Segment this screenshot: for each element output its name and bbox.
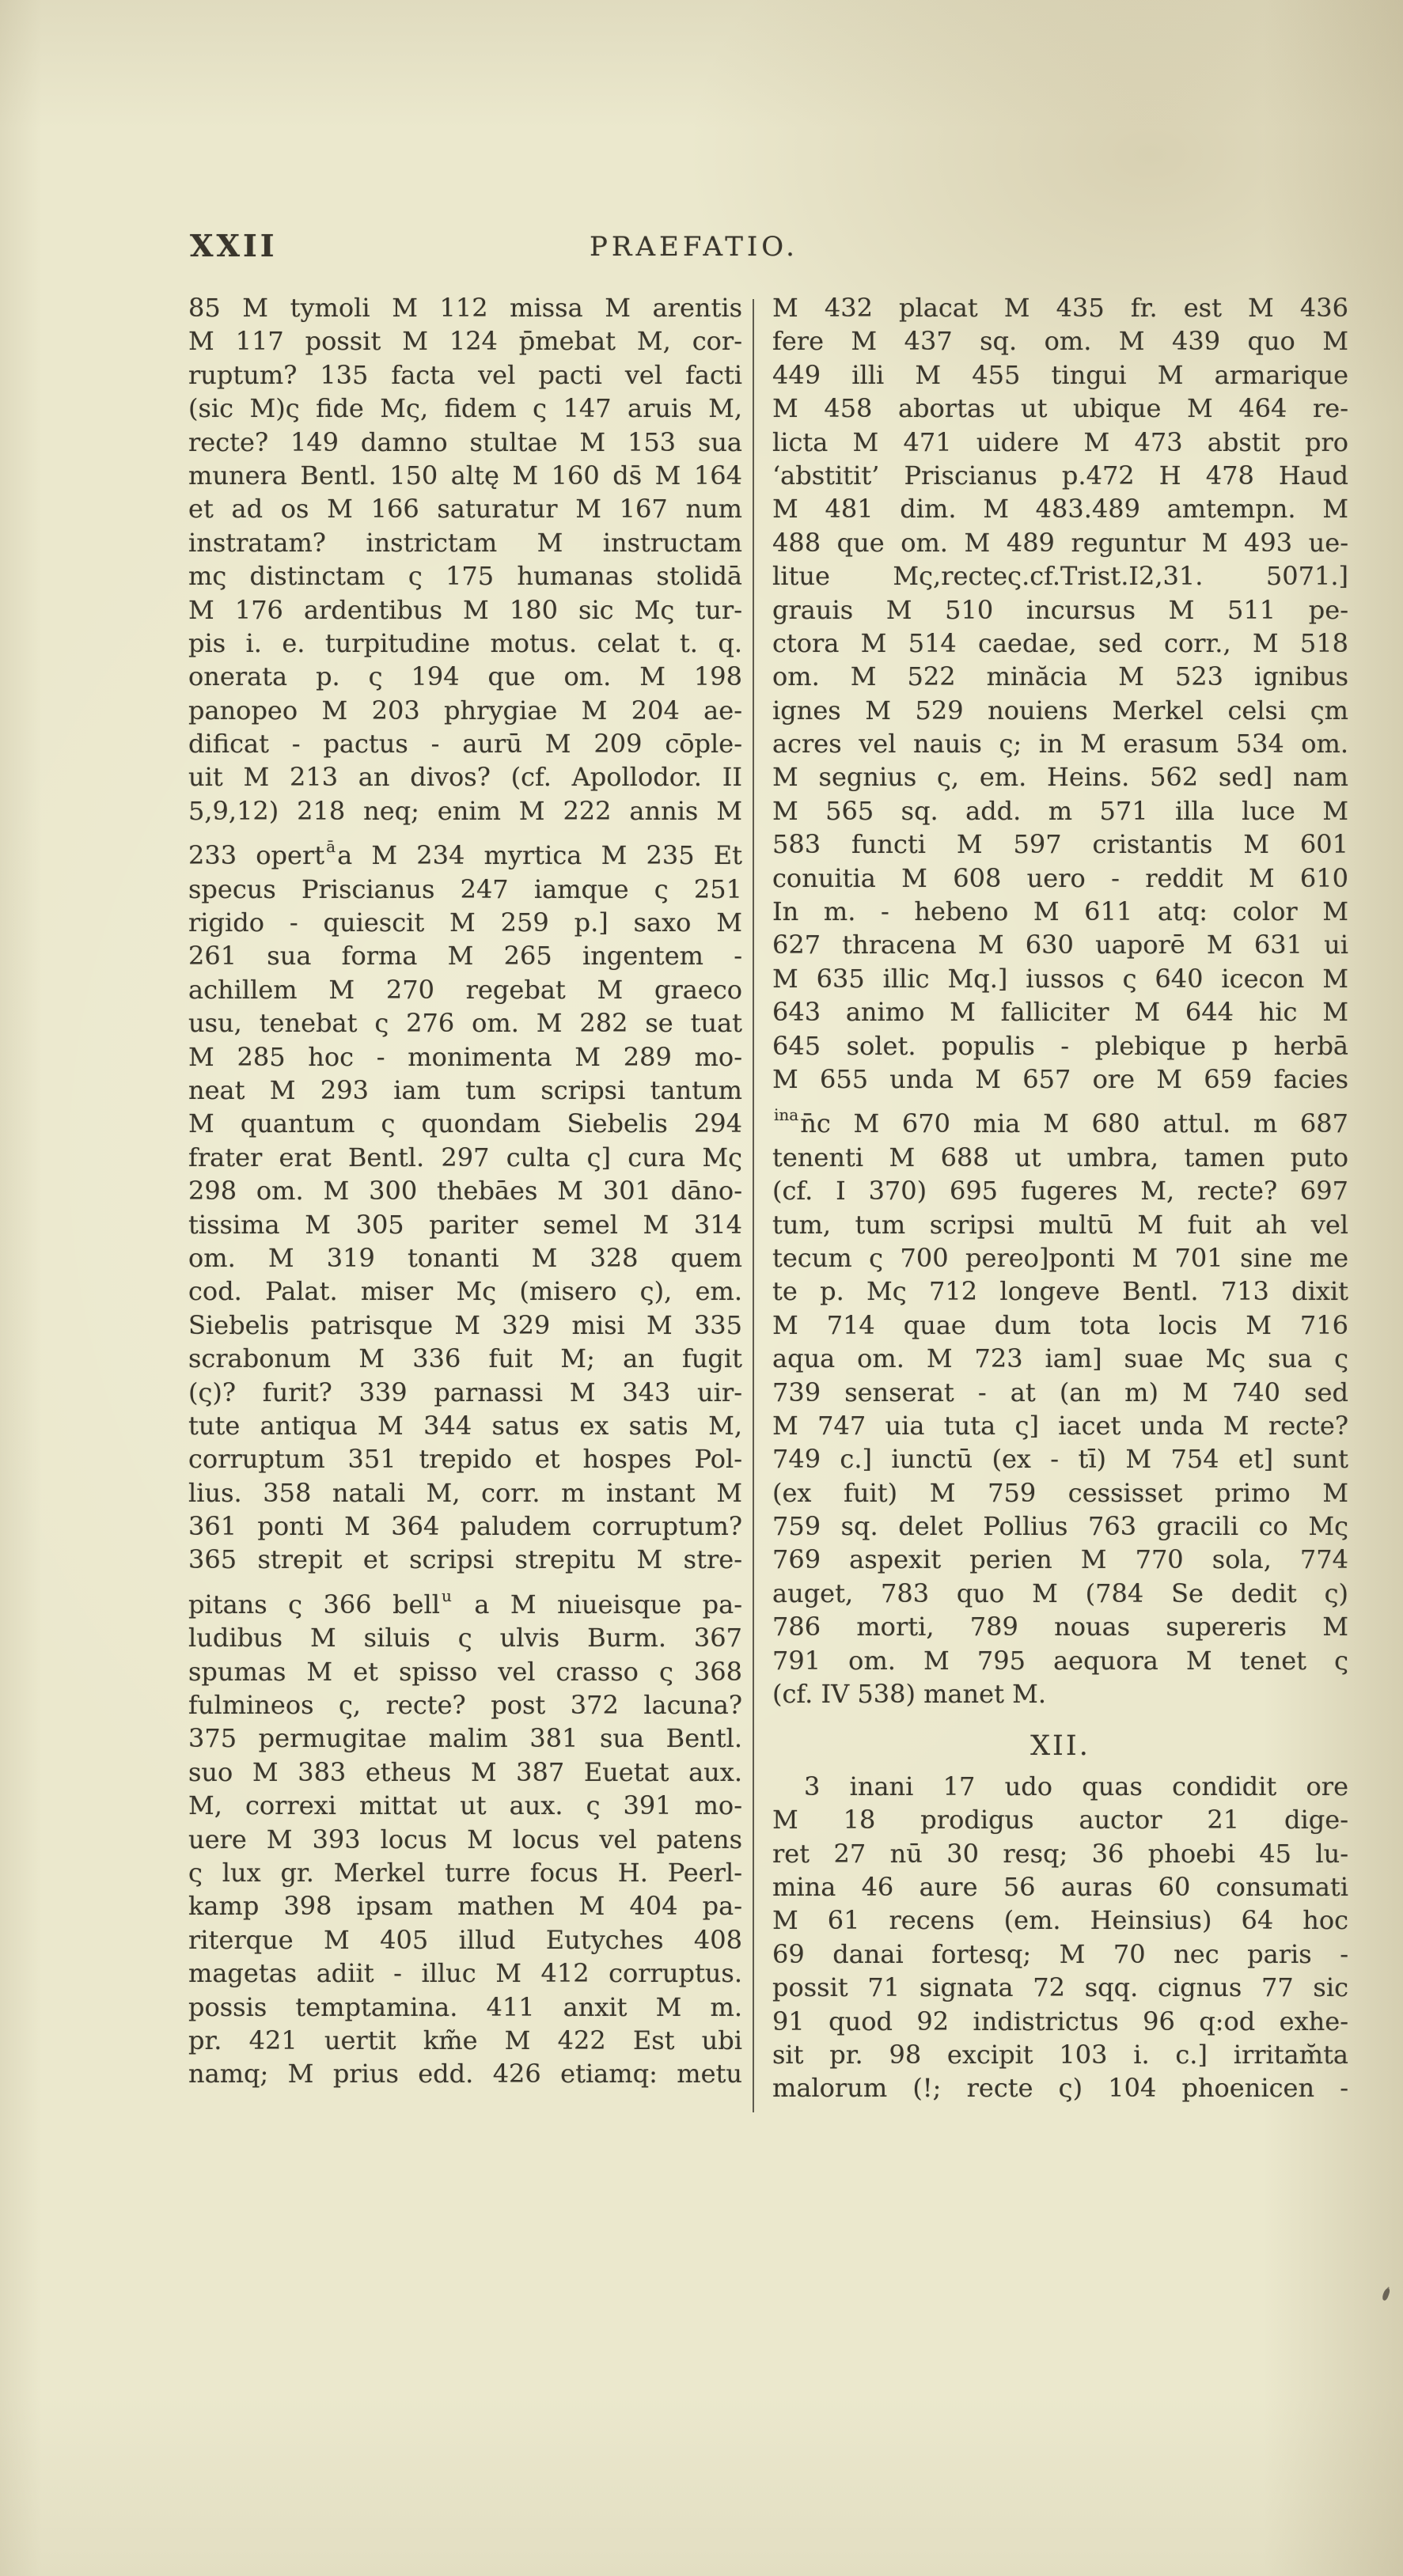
apparatus-text-line: 583 functi M 597 cristantis M 601 — [772, 828, 1348, 861]
apparatus-text-line: M 655 unda M 657 ore M 659 facies — [772, 1063, 1348, 1096]
apparatus-text-line: (sic M)ς fide Mς, fidem ς 147 aruis M, — [188, 392, 742, 425]
apparatus-text-line: rigido - quiescit M 259 p.] saxo M — [188, 906, 742, 939]
apparatus-text-line: corruptum 351 trepido et hospes Pol- — [188, 1442, 742, 1476]
apparatus-text-line: onerata p. ς 194 que om. M 198 — [188, 660, 742, 693]
apparatus-text-line: 85 M tymoli M 112 missa M arentis — [188, 291, 742, 324]
apparatus-text-line: M 747 uia tuta ς] iacet unda M recte? — [772, 1409, 1348, 1442]
apparatus-text-line: uit M 213 an divos? (cf. Apollodor. II — [188, 760, 742, 794]
apparatus-text-line: fulmineos ς, recte? post 372 lacuna? — [188, 1688, 742, 1722]
apparatus-text-line: ignes M 529 nouiens Merkel celsi ςm — [772, 694, 1348, 727]
apparatus-text-line: spumas M et spisso vel crasso ς 368 — [188, 1655, 742, 1688]
apparatus-text-line: M 285 hoc - monimenta M 289 mo- — [188, 1040, 742, 1074]
apparatus-text-line: om. M 522 minăcia M 523 ignibus — [772, 660, 1348, 693]
apparatus-text-line: namq; M prius edd. 426 etiamq: metu — [188, 2057, 742, 2090]
scanned-book-page: XXII PRAEFATIO. 85 M tymoli M 112 missa … — [0, 0, 1403, 2576]
apparatus-text-line: grauis M 510 incursus M 511 pe- — [772, 593, 1348, 627]
apparatus-text-line: tissima M 305 pariter semel M 314 — [188, 1208, 742, 1241]
right-text-column: M 432 placat M 435 fr. est M 436fere M 4… — [772, 291, 1348, 2105]
left-text-column: 85 M tymoli M 112 missa M arentisM 117 p… — [188, 291, 742, 2091]
apparatus-text-line: conuitia M 608 uero - reddit M 610 — [772, 862, 1348, 895]
apparatus-text-line: cod. Palat. miser Mς (misero ς), em. — [188, 1275, 742, 1308]
apparatus-text-line: specus Priscianus 247 iamque ς 251 — [188, 873, 742, 906]
apparatus-text-line: 759 sq. delet Pollius 763 gracili co Mς — [772, 1510, 1348, 1543]
apparatus-text-line: 645 solet. populis - plebique p herbā — [772, 1029, 1348, 1063]
apparatus-text-line: M 458 abortas ut ubique M 464 re- — [772, 392, 1348, 425]
apparatus-text-line: In m. - hebeno M 611 atq: color M — [772, 895, 1348, 928]
apparatus-text-line: ret 27 nū 30 resq; 36 phoebi 45 lu- — [772, 1837, 1348, 1870]
apparatus-text-line: 739 senserat - at (an m) M 740 sed — [772, 1376, 1348, 1409]
apparatus-text-line: pitans ς 366 bellu a M niueisque pa- — [188, 1588, 742, 1621]
apparatus-text-line: M, correxi mittat ut aux. ς 391 mo- — [188, 1789, 742, 1822]
apparatus-text-line: Siebelis patrisque M 329 misi M 335 — [188, 1309, 742, 1342]
apparatus-text-line: 488 que om. M 489 reguntur M 493 ue- — [772, 526, 1348, 559]
apparatus-text-line: 361 ponti M 364 paludem corruptum? — [188, 1510, 742, 1543]
apparatus-text-line: tute antiqua M 344 satus ex satis M, — [188, 1409, 742, 1442]
apparatus-text-line: panopeo M 203 phrygiae M 204 ae- — [188, 694, 742, 727]
running-head-title: PRAEFATIO. — [590, 231, 798, 263]
apparatus-text-line: 643 animo M falliciter M 644 hic M — [772, 995, 1348, 1029]
apparatus-text-line: 786 morti, 789 nouas supereris M — [772, 1610, 1348, 1643]
apparatus-text-line: ς lux gr. Merkel turre focus H. Peerl- — [188, 1856, 742, 1889]
apparatus-text-line: 233 opertāa M 234 myrtica M 235 Et — [188, 839, 742, 872]
apparatus-text-line: M 61 recens (em. Heinsius) 64 hoc — [772, 1904, 1348, 1937]
apparatus-text-line: instratam? instrictam M instructam — [188, 526, 742, 559]
apparatus-text-line: 791 om. M 795 aequora M tenet ς — [772, 1644, 1348, 1677]
apparatus-text-line: M quantum ς quondam Siebelis 294 — [188, 1107, 742, 1140]
section-heading: XII. — [772, 1729, 1348, 1763]
apparatus-text-line: dificat - pactus - aurū M 209 cōple- — [188, 727, 742, 760]
apparatus-text-line: achillem M 270 regebat M graeco — [188, 973, 742, 1006]
apparatus-text-line: et ad os M 166 saturatur M 167 num — [188, 492, 742, 525]
apparatus-text-line: 5,9,12) 218 neq; enim M 222 annis M — [188, 794, 742, 828]
apparatus-text-line: tenenti M 688 ut umbra, tamen puto — [772, 1141, 1348, 1174]
apparatus-text-line: M 714 quae dum tota locis M 716 — [772, 1309, 1348, 1342]
apparatus-text-line: 3 inani 17 udo quas condidit ore — [772, 1770, 1348, 1803]
apparatus-text-line: M 432 placat M 435 fr. est M 436 — [772, 291, 1348, 324]
apparatus-text-line: 375 permugitae malim 381 sua Bentl. — [188, 1722, 742, 1755]
apparatus-text-line: neat M 293 iam tum scripsi tantum — [188, 1074, 742, 1107]
apparatus-text-line: M 635 illic Mq.] iussos ς 640 icecon M — [772, 962, 1348, 995]
apparatus-text-line: lius. 358 natali M, corr. m instant M — [188, 1476, 742, 1510]
apparatus-text-line: inan̄c M 670 mia M 680 attul. m 687 — [772, 1107, 1348, 1140]
apparatus-text-line: aqua om. M 723 iam] suae Mς sua ς — [772, 1342, 1348, 1375]
apparatus-text-line: suo M 383 etheus M 387 Euetat aux. — [188, 1756, 742, 1789]
apparatus-text-line: te p. Mς 712 longeve Bentl. 713 dixit — [772, 1275, 1348, 1308]
apparatus-text-line: sit pr. 98 excipit 103 i. c.] irritam̆ta — [772, 2038, 1348, 2071]
apparatus-text-line: mina 46 aure 56 auras 60 consumati — [772, 1870, 1348, 1904]
apparatus-text-line: pr. 421 uertit km̃e M 422 Est ubi — [188, 2024, 742, 2057]
apparatus-text-line: recte? 149 damno stultae M 153 sua — [188, 426, 742, 459]
apparatus-text-line: kamp 398 ipsam mathen M 404 pa- — [188, 1889, 742, 1923]
apparatus-text-line: munera Bentl. 150 altę M 160 ds̄ M 164 — [188, 459, 742, 492]
apparatus-text-line: M segnius ς, em. Heins. 562 sed] nam — [772, 760, 1348, 794]
apparatus-text-line: 365 strepit et scripsi strepitu M stre- — [188, 1543, 742, 1576]
apparatus-text-line: (ς)? furit? 339 parnassi M 343 uir- — [188, 1376, 742, 1409]
apparatus-text-line: 769 aspexit perien M 770 sola, 774 — [772, 1543, 1348, 1576]
apparatus-text-line: M 117 possit M 124 p̄mebat M, cor- — [188, 324, 742, 358]
apparatus-text-line: 69 danai fortesq; M 70 nec paris - — [772, 1938, 1348, 1971]
apparatus-text-line: magetas adiit - illuc M 412 corruptus. — [188, 1957, 742, 1990]
apparatus-text-line: mς distinctam ς 175 humanas stolidā — [188, 559, 742, 593]
apparatus-text-line: possit 71 signata 72 sqq. cignus 77 sic — [772, 1971, 1348, 2004]
column-divider-rule — [753, 299, 754, 2112]
apparatus-text-line: om. M 319 tonanti M 328 quem — [188, 1241, 742, 1275]
apparatus-text-line: 298 om. M 300 thebāes M 301 dāno- — [188, 1174, 742, 1207]
apparatus-text-line: 91 quod 92 indistrictus 96 q:od exhe- — [772, 2005, 1348, 2038]
apparatus-text-line: acres vel nauis ς; in M erasum 534 om. — [772, 727, 1348, 760]
apparatus-text-line: ‘abstitit’ Priscianus p.472 H 478 Haud — [772, 459, 1348, 492]
apparatus-text-line: 261 sua forma M 265 ingentem - — [188, 939, 742, 972]
apparatus-text-line: usu, tenebat ς 276 om. M 282 se tuat — [188, 1006, 742, 1040]
apparatus-text-line: 749 c.] iunctū (ex - tī) M 754 et] sunt — [772, 1442, 1348, 1476]
apparatus-text-line: M 481 dim. M 483.489 amtempn. M — [772, 492, 1348, 525]
apparatus-text-line: (cf. I 370) 695 fugeres M, recte? 697 — [772, 1174, 1348, 1207]
apparatus-text-line: (cf. IV 538) manet M. — [772, 1677, 1348, 1710]
apparatus-text-line: ctora M 514 caedae, sed corr., M 518 — [772, 627, 1348, 660]
apparatus-text-line: tecum ς 700 pereo]ponti M 701 sine me — [772, 1241, 1348, 1275]
apparatus-text-line: uere M 393 locus M locus vel patens — [188, 1823, 742, 1856]
apparatus-text-line: ludibus M siluis ς ulvis Burm. 367 — [188, 1621, 742, 1654]
apparatus-text-line: tum, tum scripsi multū M fuit ah vel — [772, 1208, 1348, 1241]
apparatus-text-line: pis i. e. turpitudine motus. celat t. q. — [188, 627, 742, 660]
apparatus-text-line: litue Mς,recteς.cf.Trist.I2,31. 5071.] — [772, 559, 1348, 593]
apparatus-text-line: 449 illi M 455 tingui M armarique — [772, 358, 1348, 392]
running-head-page-number: XXII — [190, 228, 278, 263]
apparatus-text-line: licta M 471 uidere M 473 abstit pro — [772, 426, 1348, 459]
apparatus-text-line: fere M 437 sq. om. M 439 quo M — [772, 324, 1348, 358]
apparatus-text-line: ruptum? 135 facta vel pacti vel facti — [188, 358, 742, 392]
apparatus-text-line: M 176 ardentibus M 180 sic Mς tur- — [188, 593, 742, 627]
apparatus-text-line: riterque M 405 illud Eutyches 408 — [188, 1923, 742, 1957]
apparatus-text-line: possis temptamina. 411 anxit M m. — [188, 1991, 742, 2024]
apparatus-text-line: (ex fuit) M 759 cessisset primo M — [772, 1476, 1348, 1510]
apparatus-text-line: 627 thracena M 630 uaporē M 631 ui — [772, 928, 1348, 961]
apparatus-text-line: scrabonum M 336 fuit M; an fugit — [188, 1342, 742, 1375]
apparatus-text-line: M 565 sq. add. m 571 illa luce M — [772, 794, 1348, 828]
apparatus-text-line: M 18 prodigus auctor 21 dige- — [772, 1803, 1348, 1836]
ink-speck — [1382, 2287, 1391, 2301]
apparatus-text-line: malorum (!; recte ς) 104 phoenicen - — [772, 2071, 1348, 2104]
apparatus-text-line: frater erat Bentl. 297 culta ς] cura Mς — [188, 1141, 742, 1174]
apparatus-text-line: auget, 783 quo M (784 Se dedit ς) — [772, 1577, 1348, 1610]
